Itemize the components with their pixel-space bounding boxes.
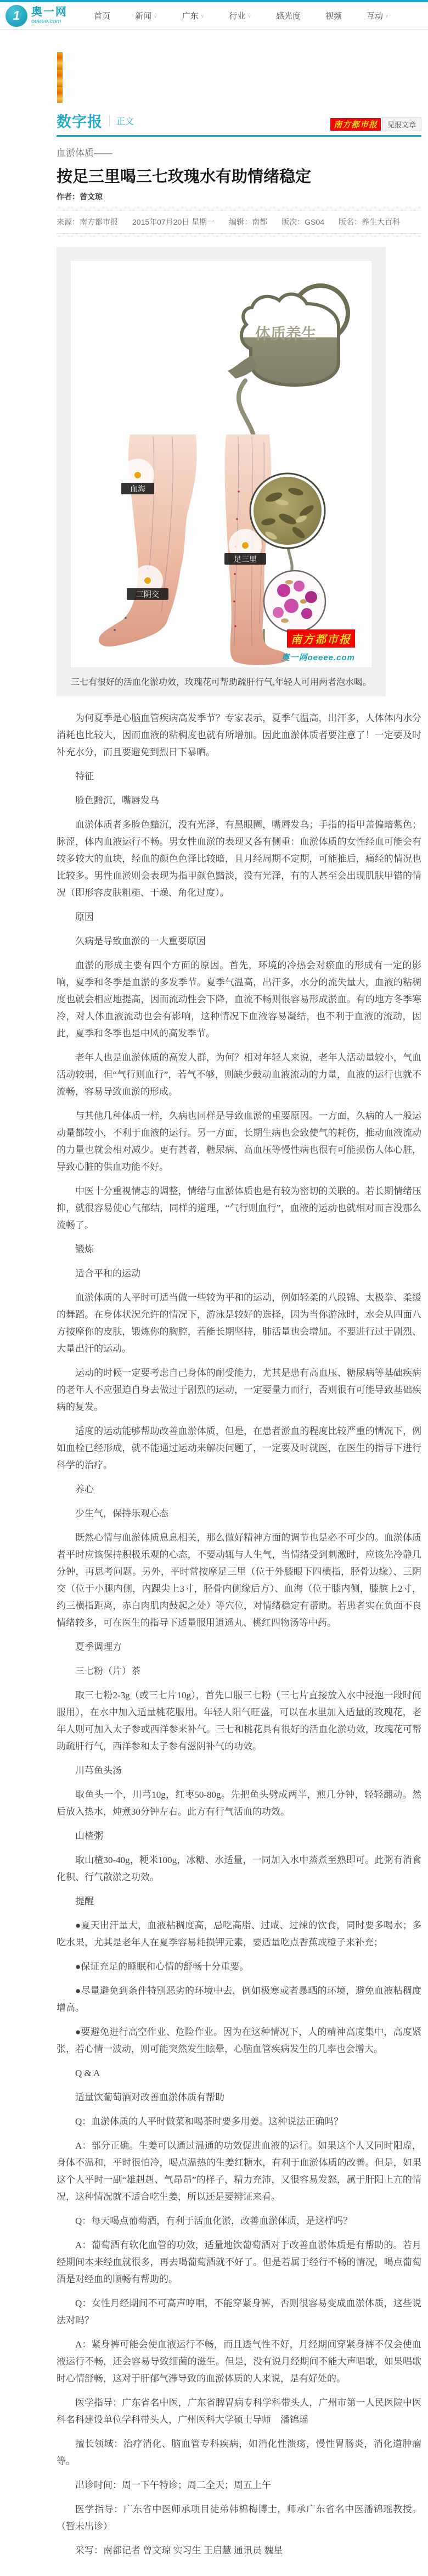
paragraph: 既然心情与血淤体质息息相关，那么做好精神方面的调节也是必不可少的。血淤体质者平时… <box>57 1529 421 1631</box>
masthead-badges: 南方都市报 见报文章 <box>330 118 421 131</box>
figure-caption: 三七有很好的活血化淤功效，玫瑰花可帮助疏肝行气,年轻人可用两者泡水喝。 <box>57 667 386 696</box>
paragraph: 取三七粉2-3g（或三七片10g），首先口服三七粉（三七片直接放入水中浸泡一段时… <box>57 1687 421 1755</box>
sub-heading: 久病是导致血淤的一大重要原因 <box>57 933 421 950</box>
nav-item-interact[interactable]: 互动∨ <box>367 10 389 21</box>
figure-illustration: 体质养生 <box>71 261 371 667</box>
paragraph: 运动的时候一定要考虑自己身体的耐受能力，尤其是患有高血压、糖尿病等基础疾病的老年… <box>57 1364 421 1415</box>
article-author: 作者：曾文琼 <box>57 191 421 202</box>
section-heading: 提醒 <box>57 1893 421 1910</box>
logo-text: 奥一网 oeeee.com <box>31 7 67 25</box>
logo-domain: oeeee.com <box>31 19 67 25</box>
question: Q：每天喝点葡萄酒，有利于活血化淤，改善血淤体质，是这样吗？ <box>57 2212 421 2229</box>
sub-heading: 三七粉（片）茶 <box>57 1663 421 1680</box>
decorative-strip <box>57 52 63 103</box>
nav-item-news[interactable]: 新闻∨ <box>135 10 157 21</box>
section-heading: 原因 <box>57 908 421 925</box>
sub-heading: 山楂粥 <box>57 1827 421 1844</box>
article-body: 为何夏季是心脑血管疾病高发季节？专家表示，夏季气温高，出汗多，人体体内水分消耗也… <box>57 710 421 2559</box>
sub-heading: 脸色黯沉，嘴唇发乌 <box>57 792 421 809</box>
answer: A：葡萄酒有软化血管的功效，适量地饮葡萄酒对于改善血淤体质是有帮助的。若月经期间… <box>57 2237 421 2288</box>
paragraph: 适度的运动能够帮助改善血淤体质，但是，在患者淤血的程度比较严重的情况下，例如血栓… <box>57 1423 421 1474</box>
logo-site-name: 奥一网 <box>31 7 67 18</box>
article-kicker: 血淤体质—— <box>57 145 421 159</box>
answer: A：紧身裤可能会使血液运行不畅，而且透气性不好，月经期间穿紧身裤不仅会使血液运行… <box>57 2336 421 2387</box>
teapot-icon: 体质养生 <box>228 286 348 385</box>
chevron-down-icon: ∨ <box>154 13 157 19</box>
bullet-item: ●夏天出汗量大，血液粘稠度高，忌吃高脂、过咸、过辣的饮食，同时要多喝水；多吃水果… <box>57 1917 421 1951</box>
meta-date: 2015年07月20日 星期一 <box>132 216 215 227</box>
section-heading: 养心 <box>57 1481 421 1498</box>
acupoint-label-xuehai: 血海 <box>130 484 145 493</box>
paragraph: 为何夏季是心脑血管疾病高发季节？专家表示，夏季气温高，出汗多，人体体内水分消耗也… <box>57 710 421 761</box>
article-meta: 来源：南方都市报 2015年07月20日 星期一 编辑：南都 版次：GS04 版… <box>57 210 421 234</box>
nav-item-industry[interactable]: 行业∨ <box>229 10 251 21</box>
site-header: 1 奥一网 oeeee.com 首页新闻∨广东∨行业∨感光度视频互动∨ <box>0 0 428 30</box>
masthead-left: 数字报 正文 <box>57 110 134 131</box>
paper-watermark: 南方都市报 <box>287 629 355 648</box>
masthead: 数字报 正文 南方都市报 见报文章 <box>57 110 421 131</box>
paragraph: 取山楂30-40g，粳米100g，冰糖、水适量，一同加入水中蒸煮至熟即可。此粥有… <box>57 1852 421 1886</box>
vertical-divider <box>109 115 110 126</box>
acupoint-xuehai: 血海 <box>121 459 154 494</box>
section-heading: 锻炼 <box>57 1241 421 1258</box>
paragraph: 擅长领域：治疗消化、脑血管专科疾病，如消化性溃疡，慢性胃肠炎，消化道肿瘤等。 <box>57 2435 421 2469</box>
nav-item-video[interactable]: 视频 <box>325 10 342 21</box>
page-title: 按足三里喝三七玫瑰水有助情绪稳定 <box>57 164 421 187</box>
paragraph: 老年人也是血淤体质的高发人群，为何？相对年轻人来说，老年人活动量较小，气血活动较… <box>57 1049 421 1100</box>
herb-circle <box>250 473 325 548</box>
teapot-label: 体质养生 <box>255 325 317 342</box>
nav-item-ganguangdu[interactable]: 感光度 <box>276 10 301 21</box>
masthead-rule <box>57 135 421 137</box>
rose-circle <box>264 571 325 632</box>
bullet-item: ●要避免进行高空作业、危险作业。因为在这种情况下，人的精神高度集中，高度紧张，若… <box>57 2023 421 2058</box>
nav-item-guangdong[interactable]: 广东∨ <box>182 10 205 21</box>
section-heading: Q & A <box>57 2065 421 2082</box>
breadcrumb-current: 正文 <box>116 114 134 127</box>
acupoint-label-sanyinjiao: 三阴交 <box>136 590 159 599</box>
main-nav: 首页新闻∨广东∨行业∨感光度视频互动∨ <box>94 10 413 21</box>
article-page: 数字报 正文 南方都市报 见报文章 血淤体质—— 按足三里喝三七玫瑰水有助情绪稳… <box>0 30 428 2576</box>
sub-heading: 适合平和的运动 <box>57 1265 421 1282</box>
question: Q：血淤体质的人平时做菜和喝茶时要多用姜。这种说法正确吗？ <box>57 2113 421 2130</box>
paragraph: 取鱼头一个，川芎10g，红枣50-80g。先把鱼头劈成两半，煎几分钟，轻轻翻动。… <box>57 1786 421 1820</box>
site-logo[interactable]: 1 奥一网 oeeee.com <box>5 5 67 27</box>
paragraph: 医学指导：广东省名中医，广东省脾胃病专科学科带头人，广州市第一人民医院中医科名科… <box>57 2394 421 2428</box>
section-heading: 夏季调理方 <box>57 1638 421 1655</box>
oeeee-logo-icon: 1 <box>5 5 27 27</box>
meta-edition-name: 版名：养生大百科 <box>339 216 400 227</box>
paragraph: 与其他几种体质一样，久病也同样是导致血淤的重要原因。一方面，久病的人一般运动量都… <box>57 1107 421 1175</box>
meta-source: 来源：南方都市报 <box>57 216 118 227</box>
bullet-item: ●保证充足的睡眠和心情的舒畅十分重要。 <box>57 1958 421 1975</box>
sub-heading: 适量饮葡萄酒对改善血淤体质有帮助 <box>57 2089 421 2106</box>
paper-logo-badge[interactable]: 南方都市报 <box>330 118 381 131</box>
section-heading: 特征 <box>57 768 421 785</box>
paragraph: 医学指导：广东省中医师承项目徒弟韩棉梅博士，师承广东省名中医潘锦瑶教授。（暂未出… <box>57 2501 421 2535</box>
paragraph: 出诊时间：周一下午特诊；周二全天；周五上午 <box>57 2477 421 2494</box>
sub-heading: 少生气，保持乐观心态 <box>57 1505 421 1522</box>
acupoint-label-zusanli: 足三里 <box>234 555 257 564</box>
site-watermark: 奥一网oeeee.com <box>281 651 355 663</box>
chevron-down-icon: ∨ <box>201 13 205 19</box>
sub-heading: 川芎鱼头汤 <box>57 1762 421 1779</box>
meta-editor: 编辑：南都 <box>229 216 267 227</box>
question: Q：女性月经期间不可高声哼唱，不能穿紧身裤，否则很容易变成血淤体质，这些说法对吗… <box>57 2295 421 2329</box>
paragraph: 血淤的形成主要有四个方面的原因。首先，环境的冷热会对瘀血的形成有一定的影响，夏季… <box>57 957 421 1042</box>
chevron-down-icon: ∨ <box>385 13 389 19</box>
paragraph: 血淤体质的人平时可适当做一些较为平和的运动，例如轻柔的八段锦、太极拳、柔缓的舞蹈… <box>57 1289 421 1357</box>
answer: A：部分正确。生姜可以通过温通的功效促进血液的运行。如果这个人又同时阳虚，身体不… <box>57 2137 421 2205</box>
paragraph: 中医十分重视情志的调整，情绪与血淤体质也是有较为密切的关联的。若长期情绪压抑，就… <box>57 1183 421 1234</box>
article-figure: 体质养生 <box>57 247 386 696</box>
meta-edition: 版次：GS04 <box>281 216 324 227</box>
nav-item-home[interactable]: 首页 <box>94 10 110 21</box>
printed-article-button[interactable]: 见报文章 <box>382 118 421 131</box>
acupoint-illustration: 体质养生 <box>71 261 371 667</box>
chevron-down-icon: ∨ <box>247 13 251 19</box>
paragraph: 血淤体质者多脸色黯沉，没有光泽，有黑眼圈，嘴唇发乌；手指的指甲盖偏暗紫色；脉涩，… <box>57 816 421 901</box>
paragraph: 采写：南都记者 曾文琼 实习生 王启慧 通讯员 魏星 <box>57 2542 421 2559</box>
bullet-item: ●尽量避免到条件特别恶劣的环境中去，例如极寒或者暴晒的环境，避免血液粘稠度增高。 <box>57 1982 421 2016</box>
digital-paper-title[interactable]: 数字报 <box>57 110 103 131</box>
